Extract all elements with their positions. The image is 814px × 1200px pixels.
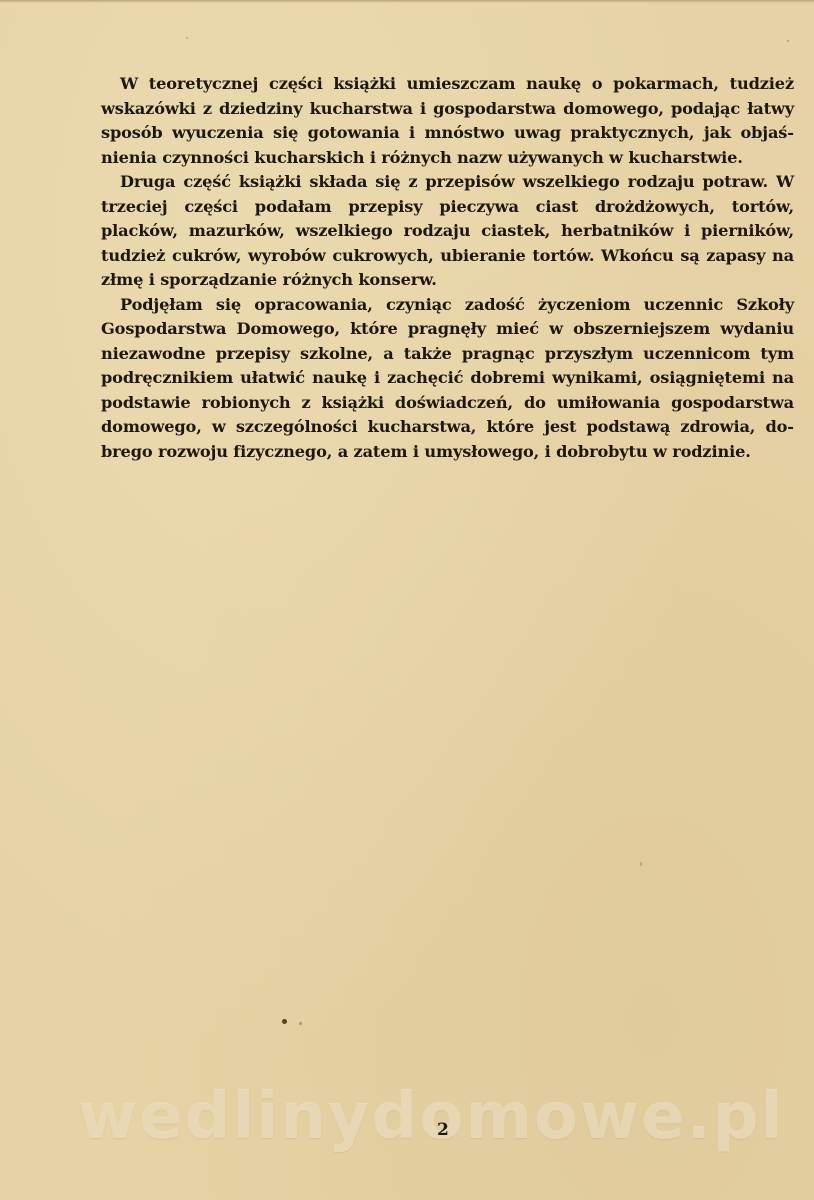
page-number: 2 — [437, 1120, 449, 1140]
paragraph-motivation: Podjęłam się opracowania, czyniąc zadość… — [101, 293, 794, 465]
paper-speck — [282, 1019, 287, 1024]
paper-speck — [787, 40, 789, 42]
page-top-edge — [0, 0, 814, 3]
paper-speck — [640, 862, 642, 866]
page-body: W teoretycznej części książki umieszczam… — [101, 72, 794, 464]
paragraph-theory: W teoretycznej części książki umieszczam… — [101, 72, 794, 170]
paper-speck — [186, 37, 188, 39]
paragraph-recipes: Druga część książki składa się z przepis… — [101, 170, 794, 293]
watermark: wedlinydomowe.pl — [78, 1080, 738, 1154]
paper-speck — [299, 1022, 302, 1025]
